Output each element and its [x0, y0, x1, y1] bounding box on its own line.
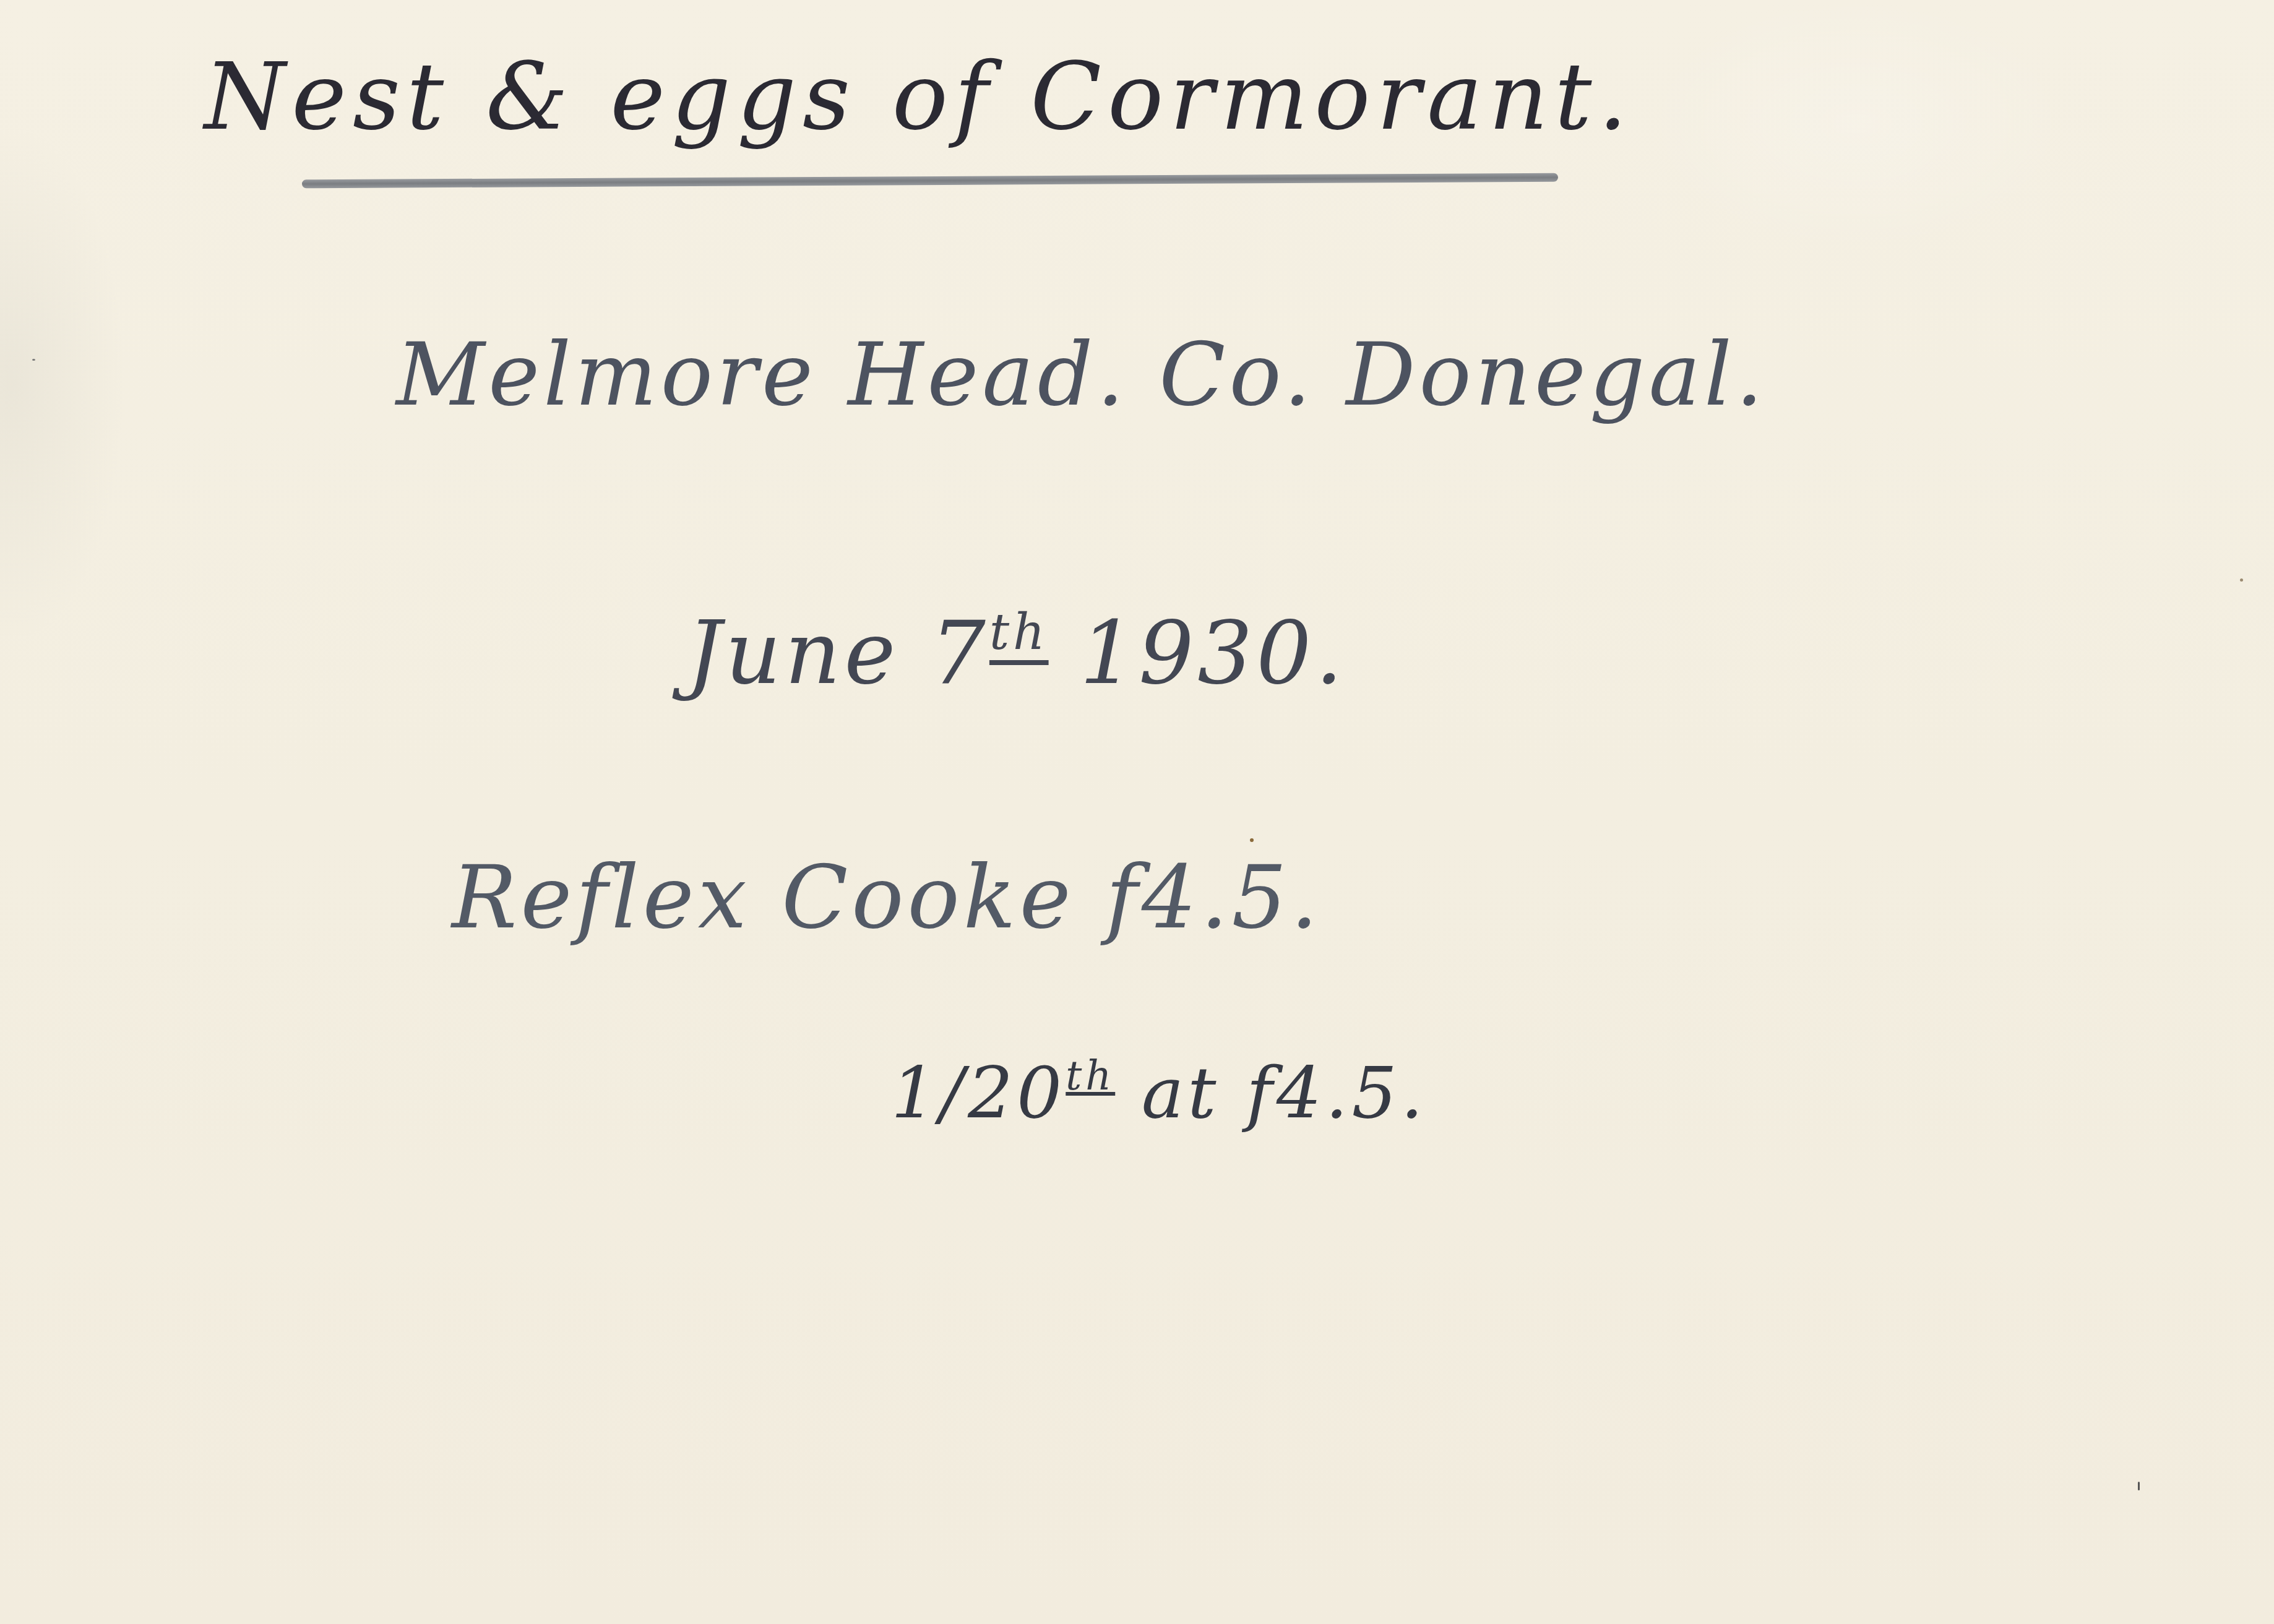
paper-speck: [1250, 838, 1254, 842]
camera-line: Reflex Cooke f4.5.: [452, 848, 1322, 948]
location-text: Melmore Head. Co. Donegal.: [396, 325, 1767, 426]
title-underline: [302, 173, 1558, 189]
date-day: 7: [931, 603, 989, 704]
date-year: 1930.: [1080, 603, 1346, 704]
paper-speck: [2138, 1482, 2140, 1490]
location-line: Melmore Head. Co. Donegal.: [396, 325, 1767, 426]
card-title: Nest & eggs of Cormorant.: [204, 43, 1634, 151]
title-text: Nest & eggs of Cormorant.: [204, 43, 1634, 151]
paper-speck: [2240, 578, 2243, 582]
camera-text: Reflex Cooke f4.5.: [452, 848, 1322, 948]
exposure-ordinal: th: [1066, 1053, 1115, 1099]
date-line: June 7th 1930.: [687, 603, 1346, 704]
exposure-aperture: at f4.5.: [1115, 1052, 1427, 1135]
exposure-shutter: 1/20: [891, 1052, 1066, 1135]
exposure-line: 1/20th at f4.5.: [891, 1052, 1427, 1135]
caption-card: Nest & eggs of Cormorant. Melmore Head. …: [0, 0, 2274, 1624]
paper-speck: [32, 359, 35, 361]
date-ordinal: th: [989, 603, 1049, 661]
date-month: June: [687, 603, 899, 704]
